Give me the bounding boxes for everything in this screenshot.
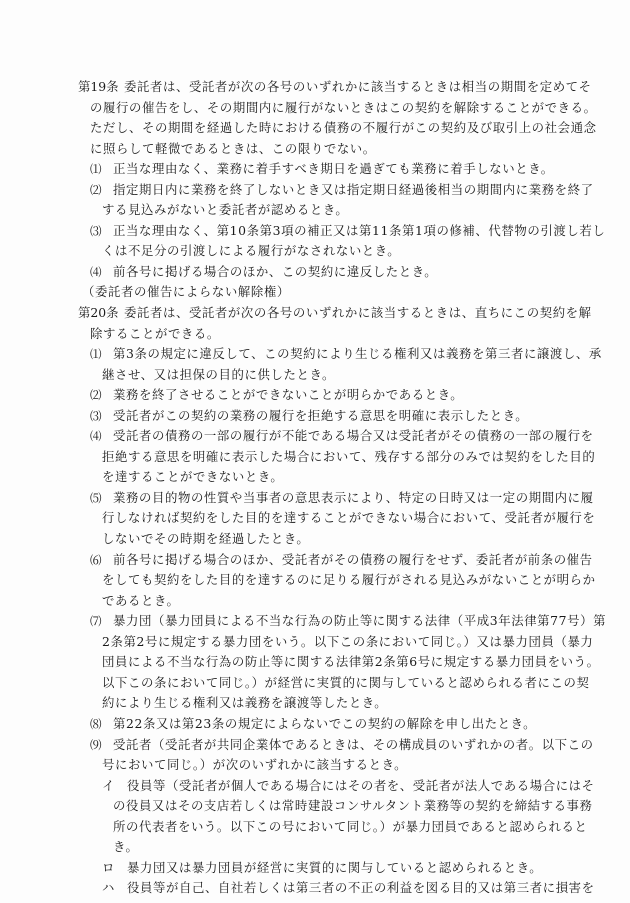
item-text: 正当な理由なく、業務に着手すべき期日を過ぎても業務に着手しないとき。 bbox=[113, 161, 554, 176]
article-heading: 第19条 bbox=[78, 77, 124, 98]
item-4-cont: を達することができないとき。 bbox=[78, 467, 556, 488]
subitem-ha: ハ役員等が自己、自社若しくは第三者の不正の利益を図る目的又は第三者に損害を bbox=[78, 878, 556, 899]
subitem-text: 役員等が自己、自社若しくは第三者の不正の利益を図る目的又は第三者に損害を bbox=[127, 880, 595, 895]
article-heading: 第20条 bbox=[78, 303, 124, 324]
item-text: 業務を終了させることができないことが明らかであるとき。 bbox=[113, 387, 463, 402]
item-4: ⑷前各号に掲げる場合のほか、この契約に違反したとき。 bbox=[78, 262, 556, 283]
article-19-line: ただし、その期間を経過した時における債務の不履行がこの契約及び取引上の社会通念 bbox=[78, 118, 556, 139]
subitem-text: 暴力団又は暴力団員が経営に実質的に関与していると認められるとき。 bbox=[127, 860, 542, 875]
item-number: ⑴ bbox=[90, 344, 113, 365]
item-number: ⑺ bbox=[90, 611, 113, 632]
subitem-ro: ロ暴力団又は暴力団員が経営に実質的に関与していると認められるとき。 bbox=[78, 858, 556, 879]
item-number: ⑵ bbox=[90, 385, 113, 406]
item-5-cont: しないでその時期を経過したとき。 bbox=[78, 529, 556, 550]
subitem-marker: ロ bbox=[102, 858, 127, 879]
item-9-cont: 号において同じ。）が次のいずれかに該当するとき。 bbox=[78, 755, 556, 776]
item-7-cont: 約により生じる権利又は義務を譲渡等したとき。 bbox=[78, 693, 556, 714]
article-20-line: 除することができる。 bbox=[78, 324, 556, 345]
item-1-cont: 継させ、又は担保の目的に供したとき。 bbox=[78, 365, 556, 386]
item-text: 受託者（受託者が共同企業体であるときは、その構成員のいずれかの者。以下この bbox=[113, 737, 594, 752]
item-text: 業務の目的物の性質や当事者の意思表示により、特定の日時又は一定の期間内に履 bbox=[113, 490, 594, 505]
item-7: ⑺暴力団（暴力団員による不当な行為の防止等に関する法律（平成3年法律第77号）第 bbox=[78, 611, 556, 632]
article-19-line: の履行の催告をし、その期間内に履行がないときはこの契約を解除することができる。 bbox=[78, 98, 556, 119]
subitem-i-cont: 所の代表者をいう。以下この号において同じ。）が暴力団員であると認められると bbox=[78, 817, 556, 838]
subitem-marker: イ bbox=[102, 776, 127, 797]
article-20-line: 第20条委託者は、受託者が次の各号のいずれかに該当するときは、直ちにこの契約を解 bbox=[78, 303, 556, 324]
item-6: ⑹前各号に掲げる場合のほか、受託者がその債務の履行をせず、委託者が前条の催告 bbox=[78, 550, 556, 571]
item-7-cont: 2条第2号に規定する暴力団をいう。以下この条において同じ。）又は暴力団員（暴力 bbox=[78, 632, 556, 653]
item-3: ⑶受託者がこの契約の業務の履行を拒絶する意思を明確に表示したとき。 bbox=[78, 406, 556, 427]
item-text: 受託者の債務の一部の履行が不能である場合又は受託者がその債務の一部の履行を bbox=[113, 428, 594, 443]
item-number: ⑷ bbox=[90, 426, 113, 447]
item-text: 正当な理由なく、第10条第3項の補正又は第11条第1項の修補、代替物の引渡し若し bbox=[113, 223, 605, 238]
item-8: ⑻第22条又は第23条の規定によらないでこの契約の解除を申し出たとき。 bbox=[78, 714, 556, 735]
item-text: 暴力団（暴力団員による不当な行為の防止等に関する法律（平成3年法律第77号）第 bbox=[113, 613, 606, 628]
item-text: 受託者がこの契約の業務の履行を拒絶する意思を明確に表示したとき。 bbox=[113, 408, 528, 423]
item-text: 前各号に掲げる場合のほか、受託者がその債務の履行をせず、委託者が前条の催告 bbox=[113, 552, 593, 567]
document-body: 第19条委託者は、受託者が次の各号のいずれかに該当するときは相当の期間を定めてそ… bbox=[78, 77, 556, 899]
document-page: 第19条委託者は、受託者が次の各号のいずれかに該当するときは相当の期間を定めてそ… bbox=[0, 0, 630, 903]
article-text: 委託者は、受託者が次の各号のいずれかに該当するときは相当の期間を定めてそ bbox=[124, 79, 592, 94]
item-number: ⑵ bbox=[90, 180, 113, 201]
item-9: ⑼受託者（受託者が共同企業体であるときは、その構成員のいずれかの者。以下この bbox=[78, 735, 556, 756]
item-4-cont: 拒絶する意思を明確に表示した場合において、残存する部分のみでは契約をした目的 bbox=[78, 447, 556, 468]
subitem-marker: ハ bbox=[102, 878, 127, 899]
item-1: ⑴正当な理由なく、業務に着手すべき期日を過ぎても業務に着手しないとき。 bbox=[78, 159, 556, 180]
item-number: ⑶ bbox=[90, 221, 113, 242]
item-number: ⑸ bbox=[90, 488, 113, 509]
item-number: ⑶ bbox=[90, 406, 113, 427]
article-text: 委託者は、受託者が次の各号のいずれかに該当するときは、直ちにこの契約を解 bbox=[124, 305, 592, 320]
subitem-i: イ役員等（受託者が個人である場合にはその者を、受託者が法人である場合にはそ bbox=[78, 776, 556, 797]
item-2: ⑵業務を終了させることができないことが明らかであるとき。 bbox=[78, 385, 556, 406]
item-text: 第3条の規定に違反して、この契約により生じる権利又は義務を第三者に譲渡し、承 bbox=[113, 346, 602, 361]
item-text: 前各号に掲げる場合のほか、この契約に違反したとき。 bbox=[113, 264, 437, 279]
subitem-i-cont: き。 bbox=[78, 837, 556, 858]
item-6-cont: であるとき。 bbox=[78, 591, 556, 612]
item-7-cont: 団員による不当な行為の防止等に関する法律第2条第6号に規定する暴力団員をいう。 bbox=[78, 652, 556, 673]
article-19-line: に照らして軽微であるときは、この限りでない。 bbox=[78, 139, 556, 160]
article-caption: （委託者の催告によらない解除権） bbox=[78, 282, 556, 303]
item-number: ⑻ bbox=[90, 714, 113, 735]
item-number: ⑷ bbox=[90, 262, 113, 283]
item-5-cont: 行しなければ契約をした目的を達することができない場合において、受託者が履行を bbox=[78, 508, 556, 529]
item-text: 指定期日内に業務を終了しないとき又は指定期日経過後相当の期間内に業務を終了 bbox=[113, 182, 594, 197]
item-number: ⑹ bbox=[90, 550, 113, 571]
subitem-i-cont: の役員又はその支店若しくは常時建設コンサルタント業務等の契約を締結する事務 bbox=[78, 796, 556, 817]
item-4: ⑷受託者の債務の一部の履行が不能である場合又は受託者がその債務の一部の履行を bbox=[78, 426, 556, 447]
item-1: ⑴第3条の規定に違反して、この契約により生じる権利又は義務を第三者に譲渡し、承 bbox=[78, 344, 556, 365]
item-7-cont: 以下この条において同じ。）が経営に実質的に関与していると認められる者にこの契 bbox=[78, 673, 556, 694]
article-19-line: 第19条委託者は、受託者が次の各号のいずれかに該当するときは相当の期間を定めてそ bbox=[78, 77, 556, 98]
item-3: ⑶正当な理由なく、第10条第3項の補正又は第11条第1項の修補、代替物の引渡し若… bbox=[78, 221, 556, 242]
item-2-cont: する見込みがないと委託者が認めるとき。 bbox=[78, 200, 556, 221]
item-text: 第22条又は第23条の規定によらないでこの契約の解除を申し出たとき。 bbox=[113, 716, 536, 731]
item-number: ⑼ bbox=[90, 735, 113, 756]
item-number: ⑴ bbox=[90, 159, 113, 180]
item-5: ⑸業務の目的物の性質や当事者の意思表示により、特定の日時又は一定の期間内に履 bbox=[78, 488, 556, 509]
item-6-cont: をしても契約をした目的を達するのに足りる履行がされる見込みがないことが明らか bbox=[78, 570, 556, 591]
item-2: ⑵指定期日内に業務を終了しないとき又は指定期日経過後相当の期間内に業務を終了 bbox=[78, 180, 556, 201]
item-3-cont: くは不足分の引渡しによる履行がなされないとき。 bbox=[78, 241, 556, 262]
subitem-text: 役員等（受託者が個人である場合にはその者を、受託者が法人である場合にはそ bbox=[127, 778, 595, 793]
